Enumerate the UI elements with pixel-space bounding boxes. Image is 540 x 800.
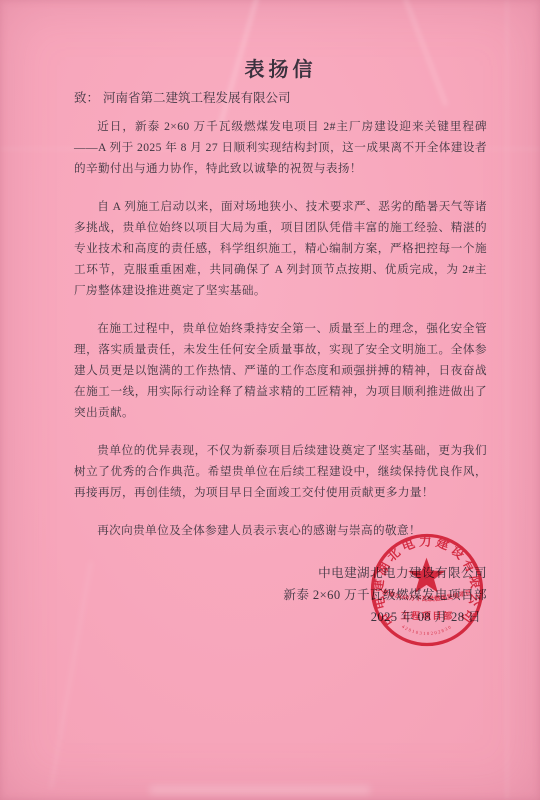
recipient-label: 致： [74,91,99,105]
paragraph-4: 贵单位的优异表现，不仅为新泰项目后续建设奠定了坚实基础，更为我们树立了优秀的合作… [74,440,487,503]
paper-crease [150,786,370,794]
recipient-name: 河南省第二建筑工程发展有限公司 [103,91,291,105]
paper-crease [506,0,508,800]
paragraph-5: 再次向贵单位及全体参建人员表示衷心的感谢与崇高的敬意！ [74,520,487,541]
scanned-commendation-letter: 表扬信 致：河南省第二建筑工程发展有限公司 近日，新泰 2×60 万千瓦级燃煤发… [0,0,540,800]
letter-body: 表扬信 致：河南省第二建筑工程发展有限公司 近日，新泰 2×60 万千瓦级燃煤发… [74,57,487,628]
paragraph-1: 近日，新泰 2×60 万千瓦级燃煤发电项目 2#主厂房建设迎来关键里程碑——A … [74,116,487,179]
letter-title: 表扬信 [74,57,487,83]
paragraph-3: 在施工过程中，贵单位始终秉持安全第一、质量至上的理念，强化安全管理，落实质量责任… [74,318,487,423]
signature-date: 2025 年 08 月 28 日 [74,606,487,628]
paragraph-2: 自 A 列施工启动以来，面对场地狭小、技术要求严、恶劣的酷暑天气等诸多挑战，贵单… [74,196,487,301]
signature-department: 新泰 2×60 万千瓦级燃煤发电项目部 [74,584,487,606]
signature-block: 中电建湖北电力建设有限公司 新泰 2×60 万千瓦级燃煤发电项目部 2025 年… [74,562,487,628]
signature-company: 中电建湖北电力建设有限公司 [74,562,487,584]
recipient-line: 致：河南省第二建筑工程发展有限公司 [74,89,487,107]
